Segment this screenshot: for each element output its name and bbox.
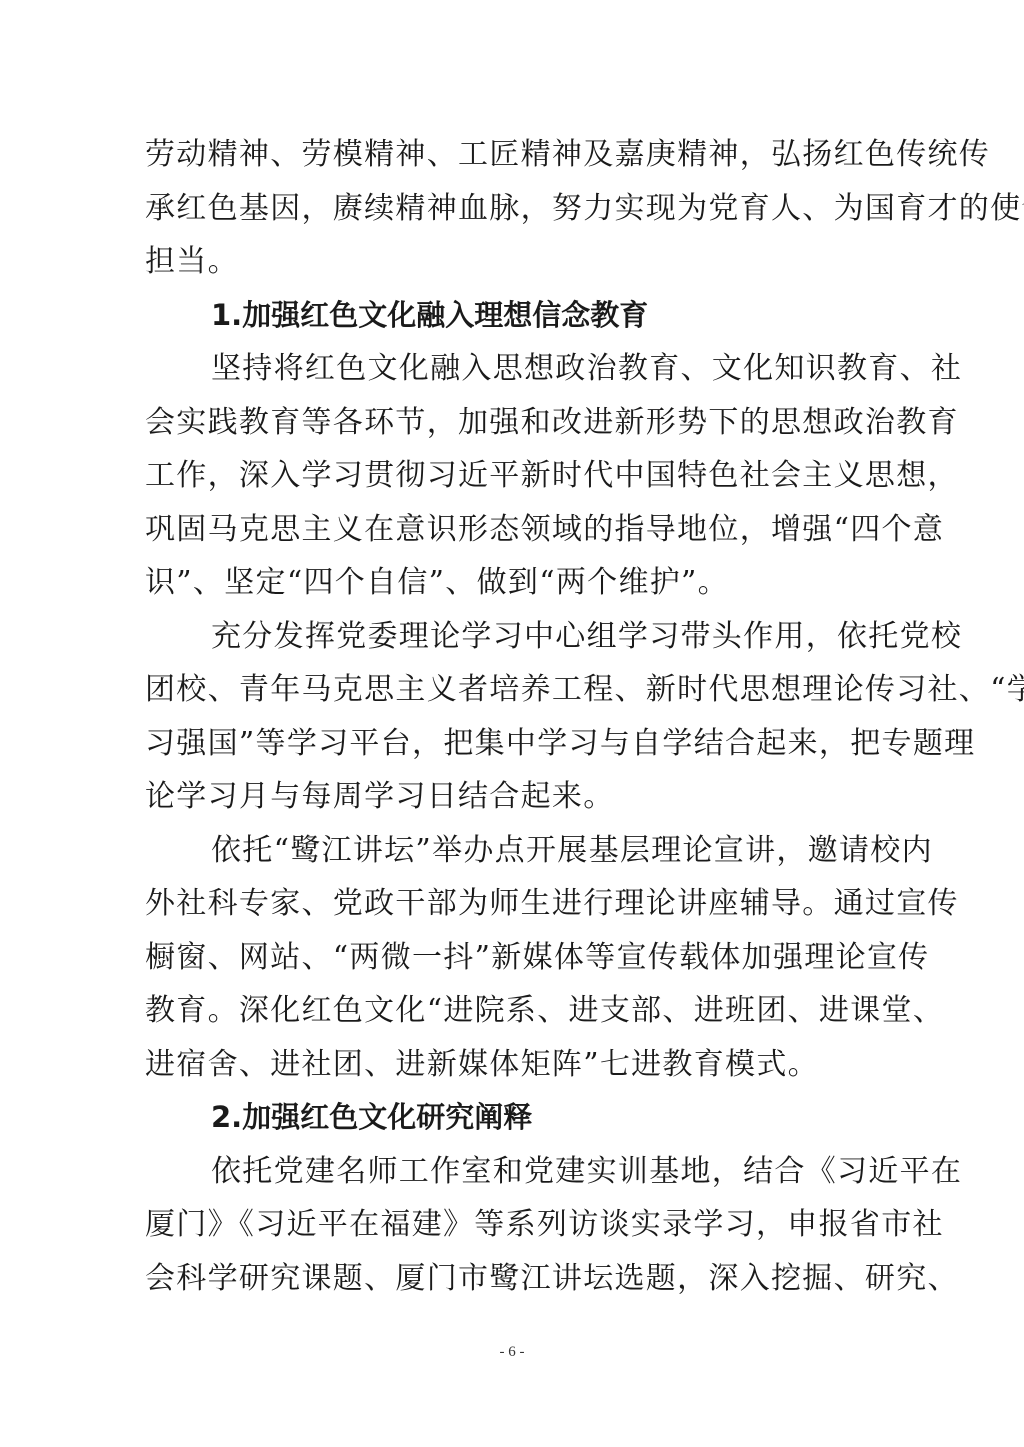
text-line: 担当。 xyxy=(145,235,879,289)
paragraph-theory-study: 充分发挥党委理论学习中心组学习带头作用，依托党校 团校、青年马克思主义者培养工程… xyxy=(145,610,879,824)
text-line: 充分发挥党委理论学习中心组学习带头作用，依托党校 xyxy=(145,610,879,664)
text-line: 外社科专家、党政干部为师生进行理论讲座辅导。通过宣传 xyxy=(145,877,879,931)
text-line: 论学习月与每周学习日结合起来。 xyxy=(145,770,879,824)
text-line: 依托党建名师工作室和党建实训基地，结合《习近平在 xyxy=(145,1145,879,1199)
text-line: 坚持将红色文化融入思想政治教育、文化知识教育、社 xyxy=(145,342,879,396)
text-line: 工作，深入学习贯彻习近平新时代中国特色社会主义思想， xyxy=(145,449,879,503)
paragraph-continued: 劳动精神、劳模精神、工匠精神及嘉庚精神，弘扬红色传统传 承红色基因，赓续精神血脉… xyxy=(145,128,879,289)
paragraph-lecture-forum: 依托“鹭江讲坛”举办点开展基层理论宣讲，邀请校内 外社科专家、党政干部为师生进行… xyxy=(145,824,879,1092)
text-line: 依托“鹭江讲坛”举办点开展基层理论宣讲，邀请校内 xyxy=(145,824,879,878)
section-heading-2: 2.加强红色文化研究阐释 xyxy=(145,1091,879,1145)
page-number: - 6 - xyxy=(0,1344,1024,1361)
text-line: 会科学研究课题、厦门市鹭江讲坛选题，深入挖掘、研究、 xyxy=(145,1252,879,1306)
paragraph-ideal-belief: 坚持将红色文化融入思想政治教育、文化知识教育、社 会实践教育等各环节，加强和改进… xyxy=(145,342,879,610)
text-line: 习强国”等学习平台，把集中学习与自学结合起来，把专题理 xyxy=(145,717,879,771)
text-line: 进宿舍、进社团、进新媒体矩阵”七进教育模式。 xyxy=(145,1038,879,1092)
text-line: 劳动精神、劳模精神、工匠精神及嘉庚精神，弘扬红色传统传 xyxy=(145,128,879,182)
text-line: 识”、坚定“四个自信”、做到“两个维护”。 xyxy=(145,556,879,610)
text-line: 橱窗、网站、“两微一抖”新媒体等宣传载体加强理论宣传 xyxy=(145,931,879,985)
paragraph-research: 依托党建名师工作室和党建实训基地，结合《习近平在 厦门》《习近平在福建》等系列访… xyxy=(145,1145,879,1306)
text-line: 承红色基因，赓续精神血脉，努力实现为党育人、为国育才的使命 xyxy=(145,182,879,236)
text-line: 团校、青年马克思主义者培养工程、新时代思想理论传习社、“学 xyxy=(145,663,879,717)
text-line: 巩固马克思主义在意识形态领域的指导地位，增强“四个意 xyxy=(145,503,879,557)
text-line: 厦门》《习近平在福建》等系列访谈实录学习，申报省市社 xyxy=(145,1198,879,1252)
document-page: 劳动精神、劳模精神、工匠精神及嘉庚精神，弘扬红色传统传 承红色基因，赓续精神血脉… xyxy=(145,128,879,1305)
section-heading-1: 1.加强红色文化融入理想信念教育 xyxy=(145,289,879,343)
text-line: 会实践教育等各环节，加强和改进新形势下的思想政治教育 xyxy=(145,396,879,450)
text-line: 教育。深化红色文化“进院系、进支部、进班团、进课堂、 xyxy=(145,984,879,1038)
